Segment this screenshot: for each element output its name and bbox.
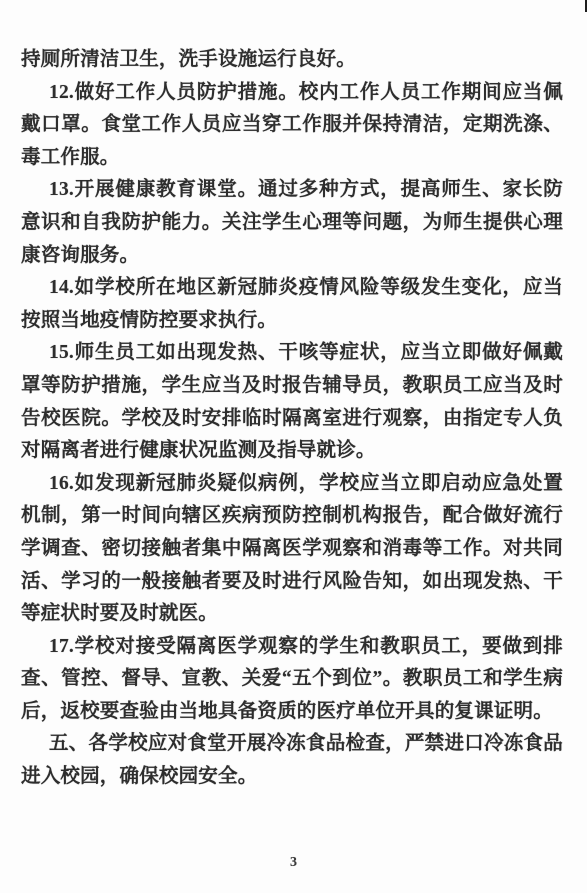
text-line: 14.如学校所在地区新冠肺炎疫情风险等级发生变化，应当: [21, 272, 563, 305]
text-line: 对隔离者进行健康状况监测及指导就诊。: [21, 435, 563, 468]
text-line: 机制，第一时间向辖区疾病预防控制机构报告，配合做好流行病: [21, 500, 563, 533]
text-line: 后，返校要查验由当地具备资质的医疗单位开具的复课证明。: [21, 696, 563, 729]
text-line: 意识和自我防护能力。关注学生心理等问题，为师生提供心理健: [21, 207, 563, 240]
text-line: 进入校园，确保校园安全。: [21, 761, 563, 794]
document-page: 持厕所清洁卫生，洗手设施运行良好。12.做好工作人员防护措施。校内工作人员工作期…: [0, 0, 587, 893]
document-body: 持厕所清洁卫生，洗手设施运行良好。12.做好工作人员防护措施。校内工作人员工作期…: [21, 44, 563, 794]
text-line: 罩等防护措施，学生应当及时报告辅导员，教职员工应当及时报: [21, 370, 563, 403]
text-line: 持厕所清洁卫生，洗手设施运行良好。: [21, 44, 563, 77]
text-line: 15.师生员工如出现发热、干咳等症状，应当立即做好佩戴口: [21, 337, 563, 370]
text-line: 16.如发现新冠肺炎疑似病例，学校应当立即启动应急处置: [21, 468, 563, 501]
text-line: 毒工作服。: [21, 142, 563, 175]
text-line: 12.做好工作人员防护措施。校内工作人员工作期间应当佩: [21, 77, 563, 110]
text-line: 等症状时要及时就医。: [21, 598, 563, 631]
text-line: 五、各学校应对食堂开展冷冻食品检查，严禁进口冷冻食品: [21, 728, 563, 761]
text-line: 告校医院。学校及时安排临时隔离室进行观察，由指定专人负责: [21, 403, 563, 436]
text-line: 按照当地疫情防控要求执行。: [21, 305, 563, 338]
text-line: 13.开展健康教育课堂。通过多种方式，提高师生、家长防病: [21, 174, 563, 207]
text-line: 查、管控、督导、宣教、关爱“五个到位”。教职员工和学生病愈: [21, 663, 563, 696]
text-line: 17.学校对接受隔离医学观察的学生和教职员工，要做到排: [21, 631, 563, 664]
text-line: 活、学习的一般接触者要及时进行风险告知，如出现发热、干咳: [21, 566, 563, 599]
page-number: 3: [0, 855, 587, 871]
text-line: 康咨询服务。: [21, 240, 563, 273]
text-line: 学调查、密切接触者集中隔离医学观察和消毒等工作。对共同生: [21, 533, 563, 566]
text-line: 戴口罩。食堂工作人员应当穿工作服并保持清洁，定期洗涤、消: [21, 109, 563, 142]
